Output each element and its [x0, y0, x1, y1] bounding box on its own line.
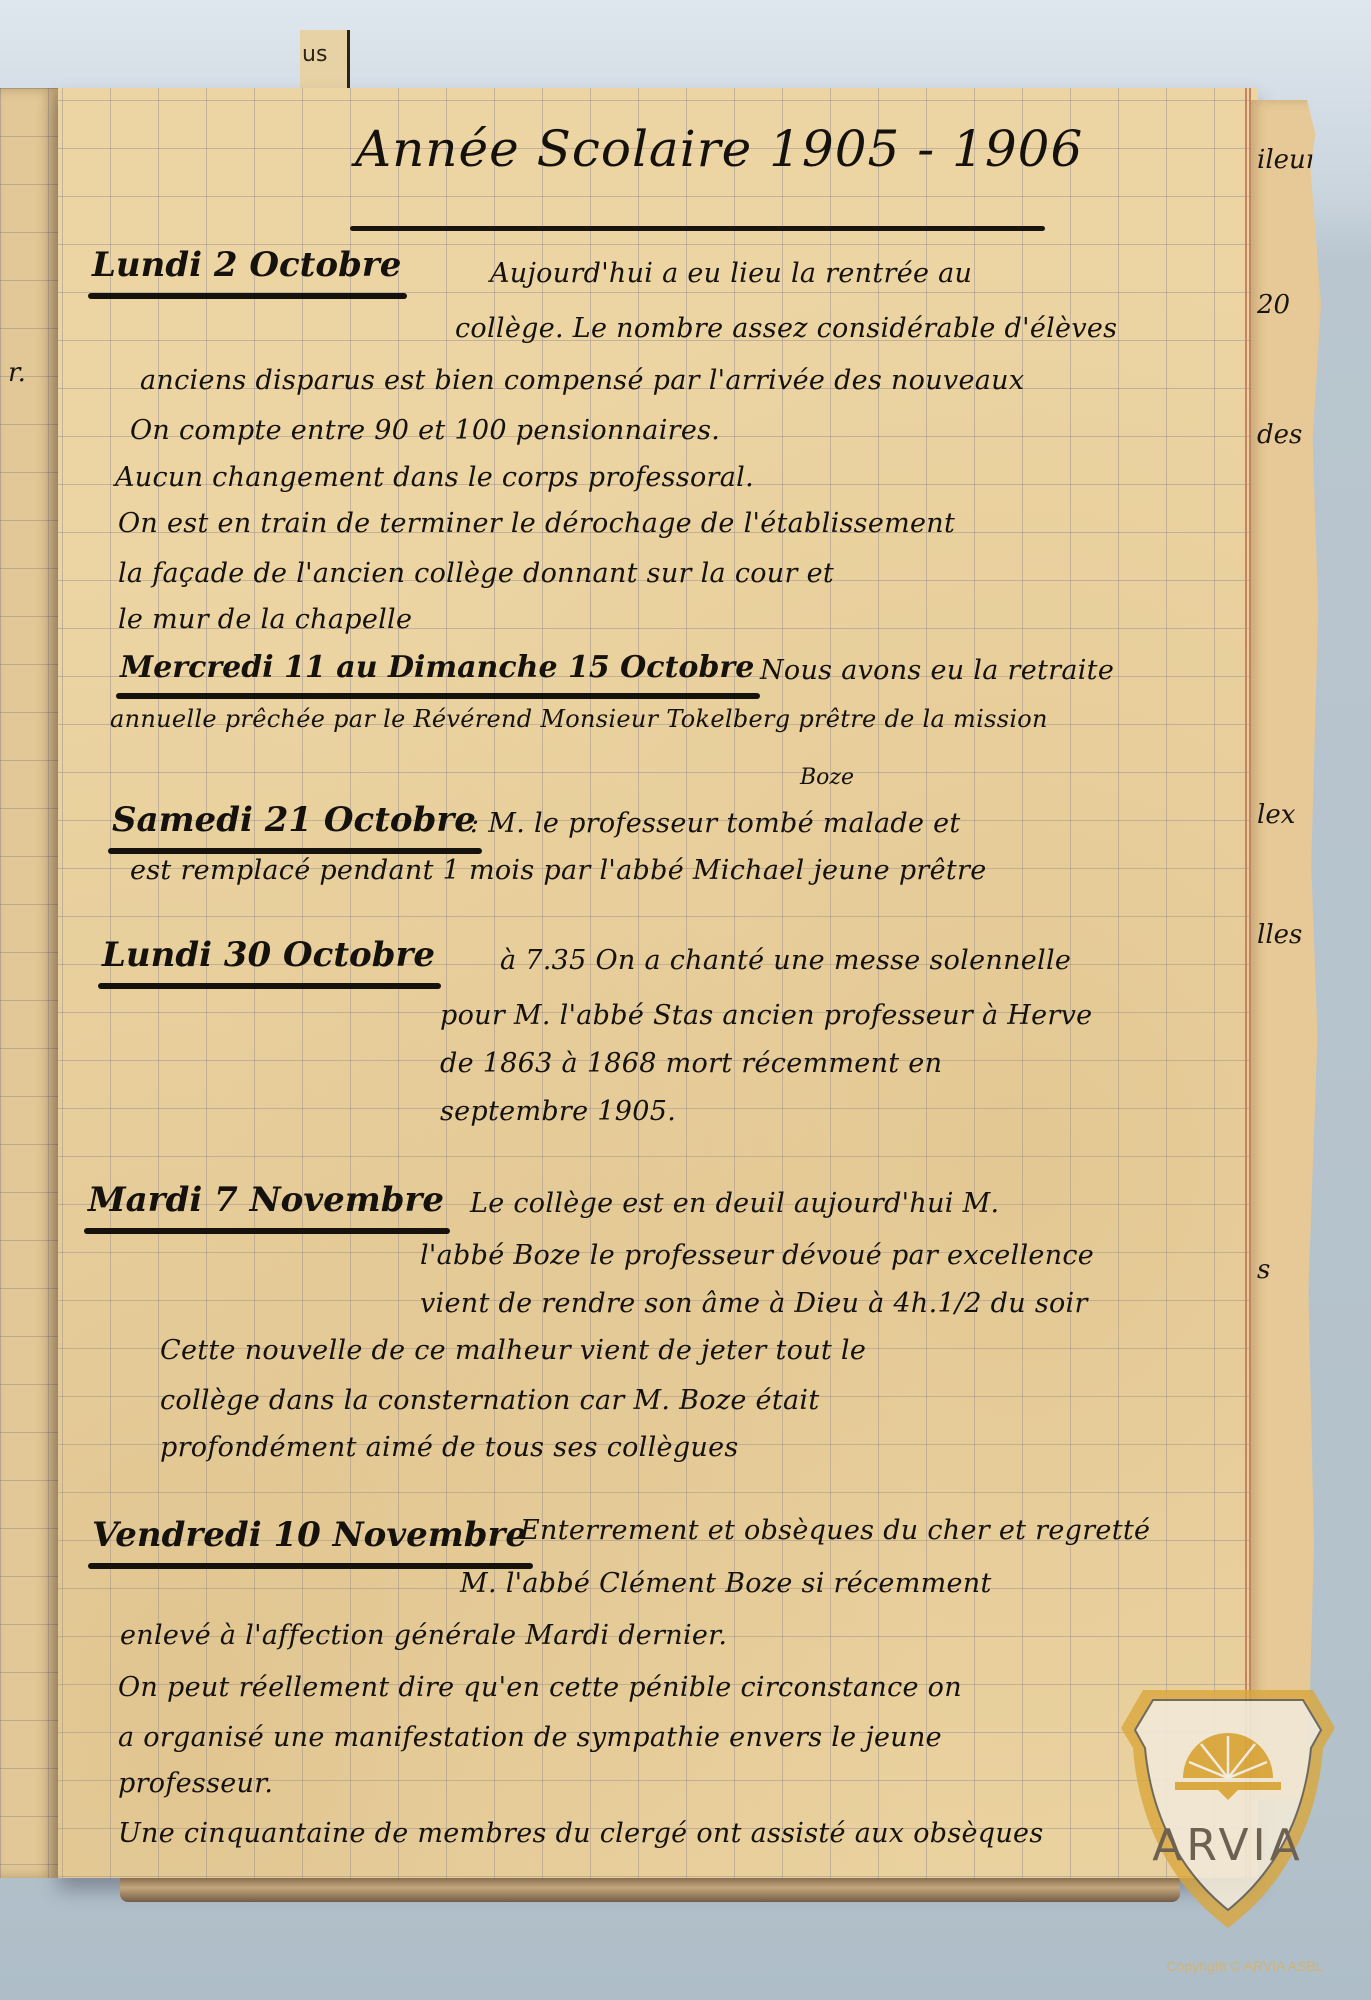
entry-line: vient de rendre son âme à Dieu à 4h.1/2 … [420, 1288, 1088, 1319]
book-bottom-edge [120, 1878, 1180, 1902]
entry-line: profondément aimé de tous ses collègues [160, 1432, 739, 1463]
entry-date: Lundi 2 Octobre [92, 245, 401, 285]
copyright-notice: Copyright © ARVIA ASBL [1130, 1958, 1360, 1974]
left-page-edge: r. [0, 88, 61, 1878]
entry-line: professeur. [118, 1768, 273, 1799]
title-underline [350, 226, 1045, 231]
entry-line: collège. Le nombre assez considérable d'… [455, 313, 1117, 344]
margin-rule [1245, 88, 1251, 1878]
entry-insert: Boze [800, 765, 854, 790]
entry-date: Mercredi 11 au Dimanche 15 Octobre [120, 650, 754, 685]
entry-line: de 1863 à 1868 mort récemment en [440, 1048, 942, 1079]
page-title: Année Scolaire 1905 - 1906 [355, 120, 1083, 178]
watermark-brand: ARVIA [1143, 1820, 1313, 1871]
right-page-edge: ileurs 20 des lex lles s [1251, 100, 1321, 1800]
entry-line: est remplacé pendant 1 mois par l'abbé M… [130, 855, 987, 886]
entry-date: Samedi 21 Octobre [112, 800, 476, 840]
entry-line: le mur de la chapelle [118, 604, 412, 635]
entry-line: Enterrement et obsèques du cher et regre… [520, 1515, 1150, 1546]
entry-line: annuelle prêchée par le Révérend Monsieu… [110, 705, 1048, 733]
entry-line: enlevé à l'affection générale Mardi dern… [120, 1620, 727, 1651]
top-tab-text: us [302, 42, 327, 67]
entry-line: Une cinquantaine de membres du clergé on… [118, 1818, 1044, 1849]
entry-line: On est en train de terminer le dérochage… [118, 508, 955, 539]
right-fragment: lles [1257, 920, 1302, 950]
entry-line: anciens disparus est bien compensé par l… [140, 365, 1024, 396]
top-page-tab: us [300, 30, 350, 90]
right-fragment: s [1257, 1255, 1270, 1285]
left-fragment: r. [8, 358, 26, 388]
right-fragment: lex [1257, 800, 1295, 830]
right-fragment: des [1257, 420, 1302, 450]
right-fragment: 20 [1257, 290, 1290, 320]
entry-line: Le collège est en deuil aujourd'hui M. [470, 1188, 999, 1219]
entry-line: On peut réellement dire qu'en cette péni… [118, 1672, 962, 1703]
entry-line: à 7.35 On a chanté une messe solennelle [500, 945, 1071, 976]
entry-line: : M. le professeur tombé malade et [470, 808, 961, 839]
entry-line: On compte entre 90 et 100 pensionnaires. [130, 415, 720, 446]
entry-line: la façade de l'ancien collège donnant su… [118, 558, 834, 589]
entry-line: collège dans la consternation car M. Boz… [160, 1385, 819, 1416]
entry-line: Aujourd'hui a eu lieu la rentrée au [490, 258, 972, 289]
entry-line: pour M. l'abbé Stas ancien professeur à … [440, 1000, 1092, 1031]
arvia-shield-logo [1113, 1678, 1343, 1933]
entry-line: septembre 1905. [440, 1096, 676, 1127]
entry-line: Aucun changement dans le corps professor… [115, 462, 754, 493]
entry-date: Vendredi 10 Novembre [92, 1515, 527, 1555]
entry-date: Lundi 30 Octobre [102, 935, 435, 975]
entry-line: Cette nouvelle de ce malheur vient de je… [160, 1335, 866, 1366]
entry-line: Nous avons eu la retraite [760, 655, 1114, 686]
entry-line: l'abbé Boze le professeur dévoué par exc… [420, 1240, 1094, 1271]
right-fragment: ileurs [1257, 145, 1332, 175]
entry-date: Mardi 7 Novembre [88, 1180, 444, 1220]
entry-line: a organisé une manifestation de sympathi… [118, 1722, 942, 1753]
entry-line: M. l'abbé Clément Boze si récemment [460, 1568, 992, 1599]
